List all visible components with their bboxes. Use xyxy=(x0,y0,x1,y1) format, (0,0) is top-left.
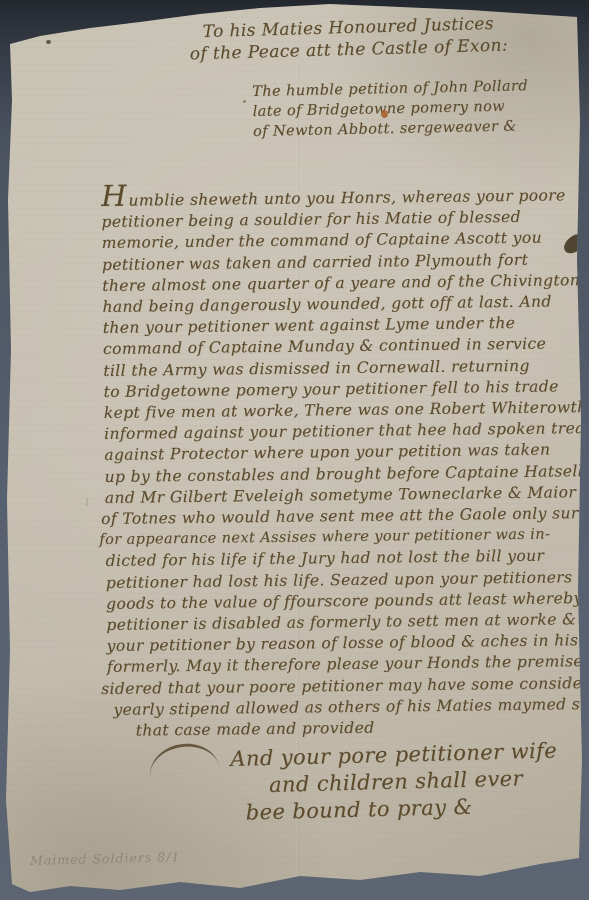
ink-speck xyxy=(243,100,246,103)
year-annotation: 1660 xyxy=(33,20,66,36)
document-heading: To his Maties Honoured Justices of the P… xyxy=(168,12,529,66)
rust-stain xyxy=(381,110,388,118)
document-page: 1660 To his Maties Honoured Justices of … xyxy=(0,0,589,900)
petition-closing: And your pore petitioner wife and childr… xyxy=(230,737,559,827)
margin-mark: 1 xyxy=(84,498,90,509)
ink-speck xyxy=(46,40,51,44)
pen-flourish xyxy=(146,739,219,777)
archive-reference: Maimed Soldiers 8/1 xyxy=(30,849,181,868)
scan-background: 1660 To his Maties Honoured Justices of … xyxy=(0,0,589,900)
petition-title: The humble petition of John Pollard late… xyxy=(252,76,529,142)
petition-body: Humblie sheweth unto you Honrs, whereas … xyxy=(101,179,589,742)
